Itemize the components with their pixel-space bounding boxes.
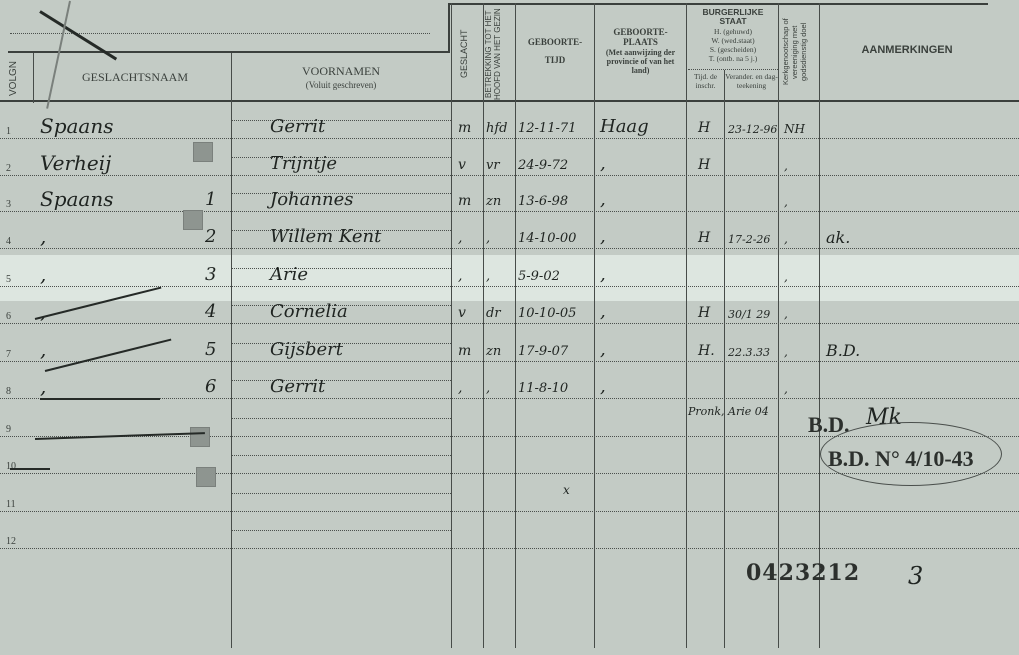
header-voornamen-sub: (Voluit geschreven) <box>232 80 450 90</box>
cell-change: 22.3.33 <box>728 346 770 359</box>
row-subline <box>232 120 451 121</box>
cell-place: , <box>600 226 606 247</box>
cell-place: , <box>600 264 606 285</box>
cell-relation: , <box>486 269 490 284</box>
header-voornamen: VOORNAMEN <box>232 64 450 79</box>
cell-place: , <box>600 301 606 322</box>
row-line <box>0 361 1019 362</box>
header-bs-w: W. (wed.staat) <box>688 36 778 45</box>
cell-relation: , <box>486 231 490 246</box>
row-line <box>0 138 1019 139</box>
row-number: 10 <box>6 461 16 472</box>
cell-church: , <box>784 232 788 246</box>
cell-change: 23-12-96 <box>728 123 777 136</box>
cell-sex: m <box>458 343 471 359</box>
col-line <box>451 3 452 648</box>
cell-child_no: 3 <box>205 264 216 285</box>
cell-first: Gerrit <box>270 116 325 137</box>
cell-relation: hfd <box>486 121 508 136</box>
cell-surname: , <box>40 374 46 398</box>
col-line <box>231 53 232 648</box>
birth-mark: x <box>563 483 570 497</box>
col-line <box>686 3 687 648</box>
cell-place: , <box>600 339 606 360</box>
header-geboorteplaats-2: PLAATS <box>595 37 686 47</box>
header-geslachtsnaam: GESLACHTSNAAM <box>40 70 230 85</box>
row-number: 9 <box>6 424 11 435</box>
row-subline <box>232 493 451 494</box>
seal-mark <box>196 467 216 487</box>
cell-surname: Spaans <box>40 187 114 211</box>
cell-first: Johannes <box>270 189 353 210</box>
cell-first: Gijsbert <box>270 339 343 360</box>
strike-line <box>45 339 172 372</box>
row-number: 8 <box>6 386 11 397</box>
bs-sub-line <box>688 69 778 70</box>
cell-first: Willem Kent <box>270 226 381 247</box>
row-number: 3 <box>6 199 11 210</box>
cell-birth: 12-11-71 <box>518 121 576 136</box>
cell-first: Gerrit <box>270 376 325 397</box>
cell-relation: , <box>486 381 490 396</box>
header-geboorteplaats-1: GEBOORTE- <box>595 27 686 37</box>
card-suffix: 3 <box>908 562 923 590</box>
row-line <box>0 211 1019 212</box>
cell-sex: , <box>458 380 462 396</box>
header-bs-2: STAAT <box>688 16 778 26</box>
cell-birth: 5-9-02 <box>518 269 560 284</box>
cell-child_no: 4 <box>205 301 216 322</box>
cell-bs: H <box>698 305 710 321</box>
cell-church: , <box>784 270 788 284</box>
cell-relation: zn <box>486 194 501 209</box>
header-bottom-line <box>0 100 1019 102</box>
cell-place: , <box>600 376 606 397</box>
row-subline <box>232 157 451 158</box>
cell-child_no: 6 <box>205 376 216 397</box>
col-line <box>778 3 779 648</box>
cell-remarks: B.D. <box>826 341 860 360</box>
row-subline <box>232 380 451 381</box>
col-line <box>594 3 595 648</box>
seal-mark <box>190 427 210 447</box>
cell-surname: Spaans <box>40 114 114 138</box>
row-line <box>0 286 1019 287</box>
card-number: 0423212 <box>746 560 860 586</box>
row-number: 1 <box>6 126 11 137</box>
cell-sex: , <box>458 268 462 284</box>
row-number: 5 <box>6 274 11 285</box>
cell-child_no: 1 <box>205 189 216 210</box>
cell-bs: H <box>698 157 710 173</box>
cell-birth: 14-10-00 <box>518 231 576 246</box>
cell-change: 30/1 29 <box>728 308 770 321</box>
cell-place: , <box>600 189 606 210</box>
header-kerkgenootschap: Kerkgenootschap of vereeniging met godsd… <box>781 6 817 98</box>
cell-change: 17-2-26 <box>728 233 770 246</box>
cell-remarks: ak. <box>826 228 850 247</box>
header-betrekking: BETREKKING TOT HET HOOFD VAN HET GEZIN <box>484 8 514 100</box>
col-line <box>819 3 820 648</box>
header-aanmerkingen: AANMERKINGEN <box>822 44 992 56</box>
row-line <box>0 323 1019 324</box>
highlight-band <box>0 255 1019 301</box>
cell-birth: 11-8-10 <box>518 381 568 396</box>
cell-first: Trijntje <box>270 153 337 174</box>
cell-surname: , <box>40 262 46 286</box>
cell-birth: 24-9-72 <box>518 158 568 173</box>
header-bs-t: T. (ontb. na 5 j.) <box>688 54 778 63</box>
cell-birth: 10-10-05 <box>518 306 576 321</box>
row-subline <box>232 268 451 269</box>
cell-surname: , <box>40 224 46 248</box>
row-number: 2 <box>6 163 11 174</box>
row-number: 4 <box>6 236 11 247</box>
cell-sex: v <box>458 157 466 173</box>
row-line <box>0 511 1019 512</box>
strike-line <box>10 468 50 470</box>
cell-surname: Verheij <box>40 151 111 175</box>
cell-church: , <box>784 195 788 209</box>
row-subline <box>232 455 451 456</box>
row-line <box>0 248 1019 249</box>
col-line <box>33 53 34 103</box>
cell-sex: m <box>458 120 471 136</box>
cell-birth: 17-9-07 <box>518 344 568 359</box>
cell-sex: , <box>458 230 462 246</box>
header-tijd-inschr: Tijd. de inschr. <box>687 72 724 90</box>
row-number: 7 <box>6 349 11 360</box>
header-geboorteplaats-sub: (Met aanwijzing der provincie of van het… <box>597 48 684 75</box>
cell-church: , <box>784 159 788 173</box>
cell-surname: , <box>40 299 46 323</box>
header-volgnummer: VOLGN <box>8 58 19 98</box>
header-bs-h: H. (gehuwd) <box>688 27 778 36</box>
cell-place: Haag <box>600 116 649 137</box>
cell-birth: 13-6-98 <box>518 194 568 209</box>
cell-sex: m <box>458 193 471 209</box>
row7-note: Pronk, Arie 04 <box>688 405 769 418</box>
header-geslacht: GESLACHT <box>459 10 469 98</box>
header-top-line-left <box>8 51 450 53</box>
cell-first: Arie <box>270 264 308 285</box>
cell-church: , <box>784 345 788 359</box>
cell-first: Cornelia <box>270 301 348 322</box>
header-bs-s: S. (gescheiden) <box>688 45 778 54</box>
seal-mark <box>183 210 203 230</box>
cell-child_no: 2 <box>205 226 216 247</box>
header-step <box>448 3 450 53</box>
cell-church: , <box>784 382 788 396</box>
row-number: 11 <box>6 499 16 510</box>
cell-relation: zn <box>486 344 501 359</box>
cell-bs: H <box>698 120 710 136</box>
cell-church: , <box>784 307 788 321</box>
header-top-line-right <box>448 3 988 5</box>
header-geboortetijd-1: GEBOORTE- <box>516 37 594 47</box>
header-geboortetijd-2: TIJD <box>516 55 594 65</box>
cell-bs: H. <box>698 343 715 359</box>
cell-child_no: 5 <box>205 339 216 360</box>
cell-relation: vr <box>486 158 500 173</box>
row-subline <box>232 418 451 419</box>
cell-relation: dr <box>486 306 501 321</box>
row-line <box>0 175 1019 176</box>
row-number: 12 <box>6 536 16 547</box>
row-number: 6 <box>6 311 11 322</box>
cell-church: NH <box>784 122 805 136</box>
cell-surname: , <box>40 337 46 361</box>
cell-sex: v <box>458 305 466 321</box>
cell-bs: H <box>698 230 710 246</box>
row-subline <box>232 530 451 531</box>
seal-mark <box>193 142 213 162</box>
strike-line <box>40 398 160 400</box>
stamp-bd-no: B.D. N° 4/10-43 <box>828 446 974 472</box>
cell-place: , <box>600 153 606 174</box>
header-verandering: Verander. en dag-teekening <box>725 72 778 90</box>
row-line <box>0 548 1019 549</box>
col-line <box>515 3 516 648</box>
col-line <box>724 70 725 648</box>
